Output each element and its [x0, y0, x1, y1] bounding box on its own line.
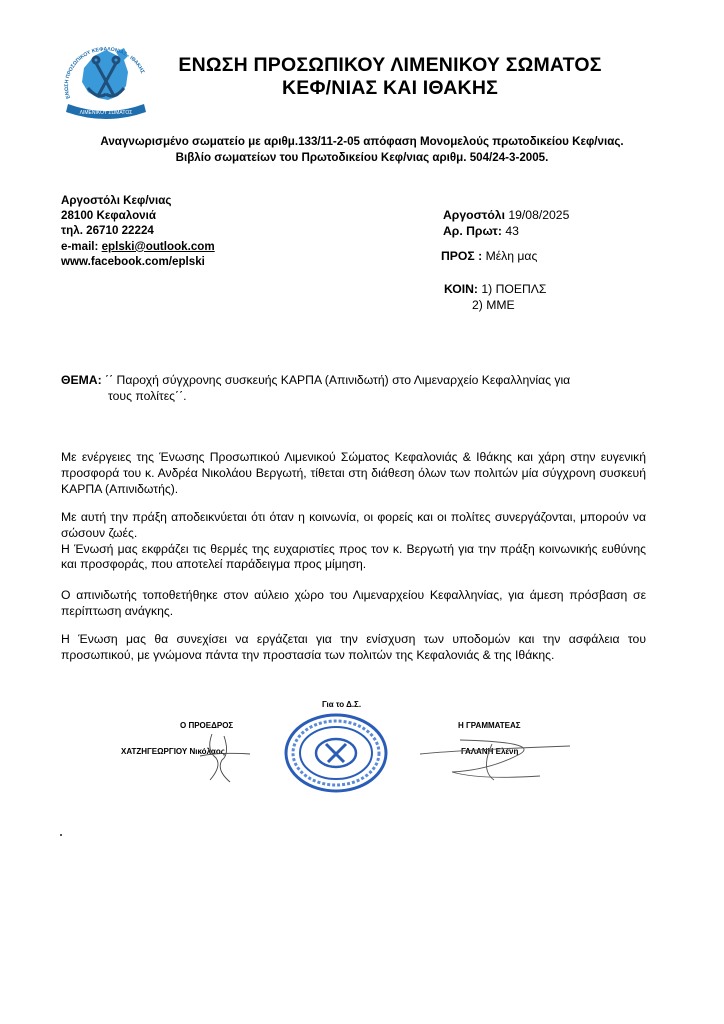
recipient-line: ΠΡΟΣ : Μέλη μας: [441, 249, 537, 263]
document-meta: Αργοστόλι 19/08/2025 Αρ. Πρωτ: 43: [443, 207, 569, 239]
registration-info: Αναγνωρισμένο σωματείο με αριθμ.133/11-2…: [60, 134, 664, 166]
president-title: Ο ΠΡΟΕΔΡΟΣ: [180, 721, 233, 730]
facebook-link[interactable]: www.facebook.com/eplski: [61, 254, 215, 269]
paragraph-text: Ο απινιδωτής τοποθετήθηκε στον αύλειο χώ…: [61, 588, 646, 620]
email-link[interactable]: eplski@outlook.com: [102, 240, 215, 253]
sender-phone: τηλ. 26710 22224: [61, 223, 215, 238]
sender-address: Αργοστόλι Κεφ/νιας 28100 Κεφαλονιά τηλ. …: [61, 193, 215, 269]
union-logo-icon: ΛΙΜΕΝΙΚΟΥ ΣΩΜΑΤΟΣ ΕΝΩΣΗ ΠΡΟΣΩΠΙΚΟΥ ΚΕΦΑΛ…: [54, 38, 158, 124]
title-line-2: ΚΕΦ/ΝΙΑΣ ΚΑΙ ΙΘΑΚΗΣ: [160, 77, 620, 100]
to-value: Μέλη μας: [486, 249, 538, 263]
secretary-title: Η ΓΡΑΜΜΑΤΕΑΣ: [458, 721, 521, 730]
place-label: Αργοστόλι: [443, 208, 505, 222]
subject-block: ΘΕΜΑ: ΄΄ Παροχή σύγχρονης συσκευής ΚΑΡΠΑ…: [61, 373, 651, 404]
svg-text:ΛΙΜΕΝΙΚΟΥ ΣΩΜΑΤΟΣ: ΛΙΜΕΝΙΚΟΥ ΣΩΜΑΤΟΣ: [80, 110, 133, 116]
sender-city: Αργοστόλι Κεφ/νιας: [61, 193, 215, 208]
protocol-line: Αρ. Πρωτ: 43: [443, 223, 569, 239]
date-line: Αργοστόλι 19/08/2025: [443, 207, 569, 223]
body-paragraph-2: Με αυτή την πράξη αποδεικνύεται ότι όταν…: [61, 510, 646, 573]
cc-item: 2) ΜΜΕ: [444, 297, 546, 313]
union-logo: ΛΙΜΕΝΙΚΟΥ ΣΩΜΑΤΟΣ ΕΝΩΣΗ ΠΡΟΣΩΠΙΚΟΥ ΚΕΦΑΛ…: [54, 38, 158, 124]
paragraph-text: Η Ένωση μας θα συνεχίσει να εργάζεται γι…: [61, 632, 646, 664]
body-paragraph-4: Η Ένωση μας θα συνεχίσει να εργάζεται γι…: [61, 632, 646, 664]
cc-block: ΚΟΙΝ: 1) ΠΟΕΠΛΣ 2) ΜΜΕ: [444, 281, 546, 313]
subject-label: ΘΕΜΑ:: [61, 373, 102, 387]
registration-line-2: Βιβλίο σωματείων του Πρωτοδικείου Κεφ/νι…: [60, 150, 664, 166]
sender-postal: 28100 Κεφαλονιά: [61, 208, 215, 223]
footer-mark: [60, 834, 62, 836]
to-label: ΠΡΟΣ :: [441, 249, 482, 263]
president-name: ΧΑΤΖΗΓΕΩΡΓΙΟΥ Νικόλαος: [121, 747, 225, 756]
paragraph-text: Η Ένωσή μας εκφράζει τις θερμές της ευχα…: [61, 542, 646, 574]
official-stamp-icon: [282, 708, 390, 794]
title-line-1: ΕΝΩΣΗ ΠΡΟΣΩΠΙΚΟΥ ΛΙΜΕΝΙΚΟΥ ΣΩΜΑΤΟΣ: [160, 54, 620, 77]
paragraph-text: Με ενέργειες της Ένωσης Προσωπικού Λιμεν…: [61, 450, 646, 497]
registration-line-1: Αναγνωρισμένο σωματείο με αριθμ.133/11-2…: [60, 134, 664, 150]
body-paragraph-3: Ο απινιδωτής τοποθετήθηκε στον αύλειο χώ…: [61, 588, 646, 620]
body-paragraph-1: Με ενέργειες της Ένωσης Προσωπικού Λιμεν…: [61, 450, 646, 497]
secretary-name: ΓΑΛΑΝΗ Ελένη: [461, 747, 518, 756]
organization-title: ΕΝΩΣΗ ΠΡΟΣΩΠΙΚΟΥ ΛΙΜΕΝΙΚΟΥ ΣΩΜΑΤΟΣ ΚΕΦ/Ν…: [160, 54, 620, 100]
subject-text-line-1: ΄΄ Παροχή σύγχρονης συσκευής ΚΑΡΠΑ (Απιν…: [105, 373, 570, 387]
cc-item: 1) ΠΟΕΠΛΣ: [481, 282, 546, 296]
subject-text-line-2: τους πολίτες΄΄.: [61, 389, 651, 405]
protocol-label: Αρ. Πρωτ:: [443, 224, 502, 238]
protocol-number: 43: [505, 224, 519, 238]
sender-email-line: e-mail: eplski@outlook.com: [61, 239, 215, 254]
cc-label: ΚΟΙΝ:: [444, 282, 478, 296]
document-date: 19/08/2025: [508, 208, 569, 222]
paragraph-text: Με αυτή την πράξη αποδεικνύεται ότι όταν…: [61, 510, 646, 542]
email-label: e-mail:: [61, 240, 102, 253]
board-label: Για το Δ.Σ.: [322, 700, 361, 709]
